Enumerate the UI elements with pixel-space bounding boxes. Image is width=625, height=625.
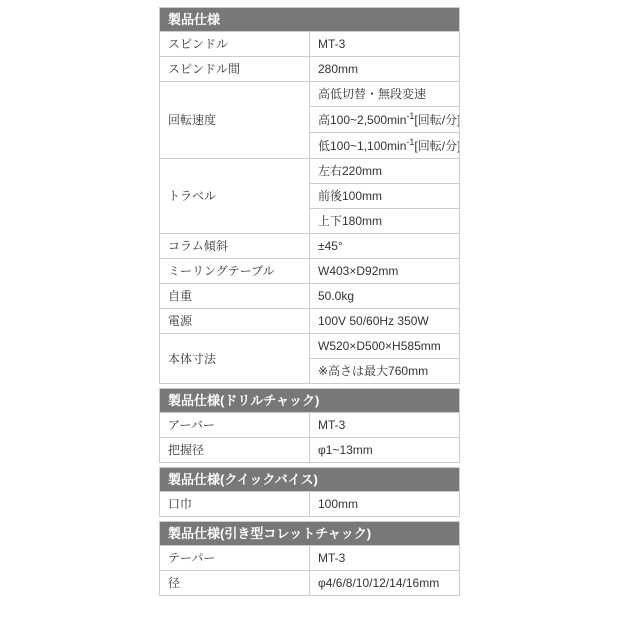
spec-value: φ4/6/8/10/12/14/16mm: [310, 571, 459, 595]
spec-value: 50.0kg: [310, 284, 459, 308]
table-row: 本体寸法 W520×D500×H585mm: [160, 334, 459, 358]
value-text: [回転/分]: [414, 139, 459, 153]
spec-value: 280mm: [310, 57, 459, 81]
value-text: [回転/分]: [414, 113, 459, 127]
table-row: 口巾 100mm: [160, 492, 459, 516]
spec-label: コラム傾斜: [160, 234, 309, 258]
table-row: 自重 50.0kg: [160, 284, 459, 308]
section-header-row: 製品仕様(引き型コレットチャック): [160, 522, 459, 545]
spec-table-quick-vise: 製品仕様(クイックバイス) 口巾 100mm: [159, 467, 460, 517]
spec-label: 本体寸法: [160, 334, 309, 383]
spec-value: MT-3: [310, 413, 459, 437]
table-row: コラム傾斜 ±45°: [160, 234, 459, 258]
section-header-row: 製品仕様(ドリルチャック): [160, 389, 459, 412]
section-title: 製品仕様(引き型コレットチャック): [160, 522, 459, 545]
spec-value: 左右220mm: [310, 159, 459, 183]
spec-value: ※高さは最大760mm: [310, 359, 459, 383]
spec-label: 口巾: [160, 492, 309, 516]
section-title: 製品仕様(クイックバイス): [160, 468, 459, 491]
spec-value: 100V 50/60Hz 350W: [310, 309, 459, 333]
spec-label: 自重: [160, 284, 309, 308]
table-row: 電源 100V 50/60Hz 350W: [160, 309, 459, 333]
table-row: スピンドル間 280mm: [160, 57, 459, 81]
spec-value: MT-3: [310, 32, 459, 56]
section-title: 製品仕様: [160, 8, 459, 31]
spec-label: ミーリングテーブル: [160, 259, 309, 283]
spec-label: 電源: [160, 309, 309, 333]
table-row: 把握径 φ1~13mm: [160, 438, 459, 462]
spec-label: トラベル: [160, 159, 309, 233]
table-row: スピンドル MT-3: [160, 32, 459, 56]
value-text: 高100~2,500min: [318, 113, 406, 127]
spec-table-main: 製品仕様 スピンドル MT-3 スピンドル間 280mm 回転速度 高低切替・無…: [159, 7, 460, 384]
spec-label: 把握径: [160, 438, 309, 462]
table-row: 径 φ4/6/8/10/12/14/16mm: [160, 571, 459, 595]
section-title: 製品仕様(ドリルチャック): [160, 389, 459, 412]
spec-table-drill-chuck: 製品仕様(ドリルチャック) アーバー MT-3 把握径 φ1~13mm: [159, 388, 460, 463]
spec-tables-container: 製品仕様 スピンドル MT-3 スピンドル間 280mm 回転速度 高低切替・無…: [159, 7, 460, 600]
spec-value: 前後100mm: [310, 184, 459, 208]
spec-label: アーバー: [160, 413, 309, 437]
spec-value: φ1~13mm: [310, 438, 459, 462]
spec-value: 100mm: [310, 492, 459, 516]
table-row: トラベル 左右220mm: [160, 159, 459, 183]
spec-label: スピンドル間: [160, 57, 309, 81]
spec-table-collet-chuck: 製品仕様(引き型コレットチャック) テーパー MT-3 径 φ4/6/8/10/…: [159, 521, 460, 596]
spec-label: 径: [160, 571, 309, 595]
spec-value: W520×D500×H585mm: [310, 334, 459, 358]
spec-label: 回転速度: [160, 82, 309, 158]
spec-value: 低100~1,100min-1[回転/分]: [310, 133, 459, 158]
table-row: ミーリングテーブル W403×D92mm: [160, 259, 459, 283]
table-row: 回転速度 高低切替・無段変速: [160, 82, 459, 106]
table-row: アーバー MT-3: [160, 413, 459, 437]
section-header-row: 製品仕様: [160, 8, 459, 31]
spec-value: 高低切替・無段変速: [310, 82, 459, 106]
spec-label: スピンドル: [160, 32, 309, 56]
value-text: 低100~1,100min: [318, 139, 406, 153]
section-header-row: 製品仕様(クイックバイス): [160, 468, 459, 491]
spec-value: 上下180mm: [310, 209, 459, 233]
spec-label: テーパー: [160, 546, 309, 570]
product-spec-page: 製品仕様 スピンドル MT-3 スピンドル間 280mm 回転速度 高低切替・無…: [0, 0, 625, 625]
table-row: テーパー MT-3: [160, 546, 459, 570]
spec-value: ±45°: [310, 234, 459, 258]
spec-value: 高100~2,500min-1[回転/分]: [310, 107, 459, 132]
spec-value: W403×D92mm: [310, 259, 459, 283]
spec-value: MT-3: [310, 546, 459, 570]
